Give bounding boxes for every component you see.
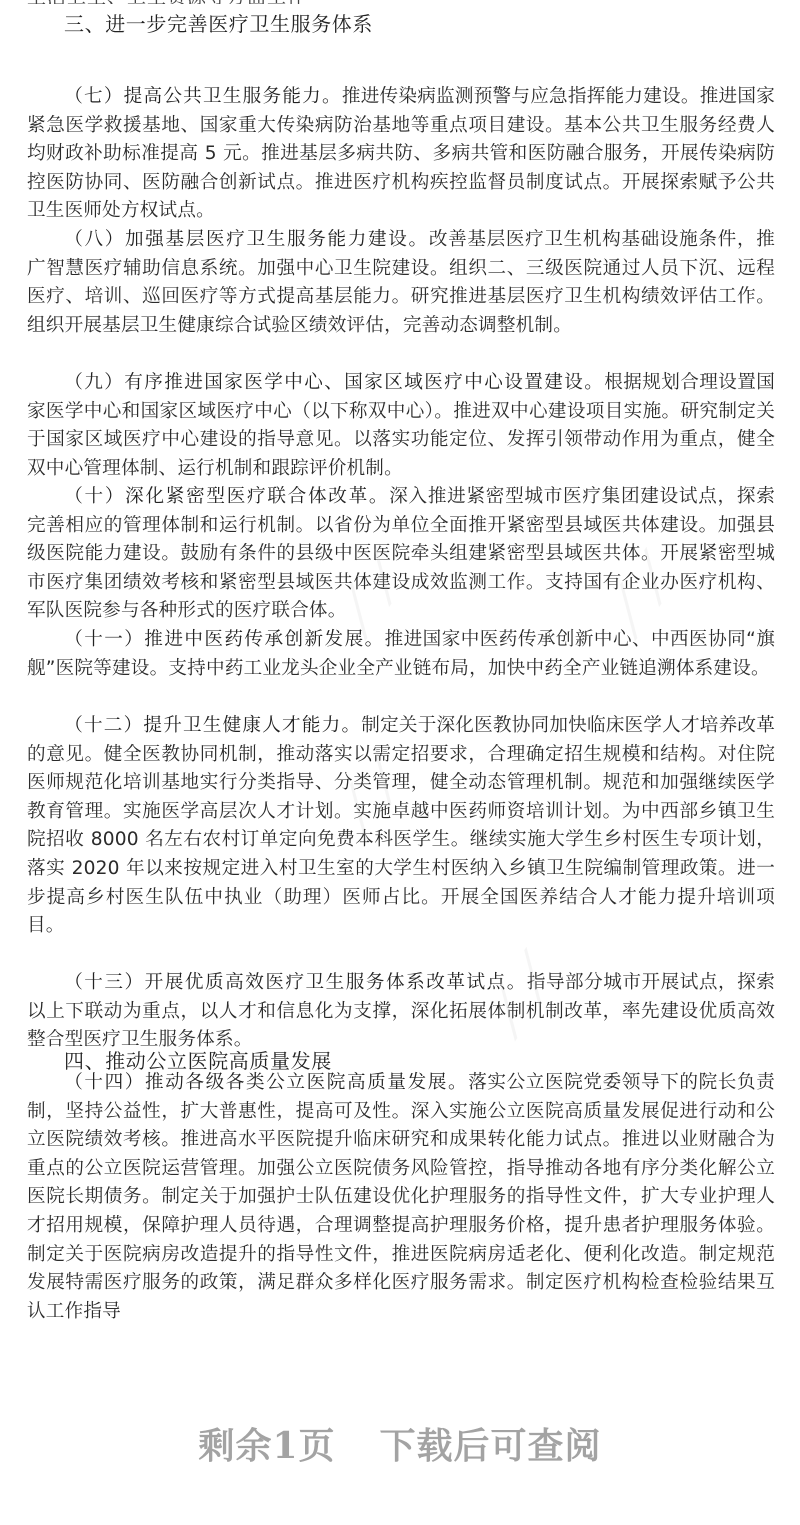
- paragraph-lead: （十三）开展优质高效医疗卫生服务体系改革试点。: [64, 972, 527, 993]
- paragraph-12: （十二）提升卫生健康人才能力。制定关于深化医教协同加快临床医学人才培养改革的意见…: [27, 712, 775, 941]
- paragraph-lead: （九）有序推进国家医学中心、国家区域医疗中心设置建设。: [64, 372, 604, 393]
- paragraph-lead: （十二）提升卫生健康人才能力。: [64, 715, 361, 736]
- paragraph-8: （八）加强基层医疗卫生服务能力建设。改善基层医疗卫生机构基础设施条件，推广智慧医…: [27, 226, 775, 340]
- truncated-previous-line: 生活卫生、卫生资源等方面工作: [27, 0, 547, 4]
- paragraph-body: 制定关于深化医教协同加快临床医学人才培养改革的意见。健全医教协同机制，推动落实以…: [27, 715, 775, 936]
- paragraph-9: （九）有序推进国家医学中心、国家区域医疗中心设置建设。根据规划合理设置国家医学中…: [27, 369, 775, 483]
- download-hint-label: 下载后可查阅: [380, 1425, 602, 1467]
- paragraph-lead: （八）加强基层医疗卫生服务能力建设。: [64, 229, 429, 250]
- remaining-pages-banner[interactable]: 剩余1页下载后可查阅: [0, 1418, 800, 1469]
- paragraph-10: （十）深化紧密型医疗联合体改革。深入推进紧密型城市医疗集团建设试点，探索完善相应…: [27, 483, 775, 626]
- paragraph-lead: （七）提高公共卫生服务能力。: [64, 86, 342, 107]
- paragraph-14: （十四）推动各级各类公立医院高质量发展。落实公立医院党委领导下的院长负责制，坚持…: [27, 1069, 775, 1326]
- paragraph-lead: （十四）推动各级各类公立医院高质量发展。: [64, 1072, 468, 1093]
- paragraph-lead: （十一）推进中医药传承创新发展。: [64, 629, 384, 650]
- paragraph-7: （七）提高公共卫生服务能力。推进传染病监测预警与应急指挥能力建设。推进国家紧急医…: [27, 83, 775, 226]
- paragraph-lead: （十）深化紧密型医疗联合体改革。: [64, 486, 389, 507]
- document-page: 生活卫生、卫生资源等方面工作 三、进一步完善医疗卫生服务体系 （七）提高公共卫生…: [0, 0, 800, 1525]
- remaining-pages-label: 剩余1页: [198, 1425, 335, 1467]
- paragraph-body: 落实公立医院党委领导下的院长负责制，坚持公益性，扩大普惠性，提高可及性。深入实施…: [27, 1072, 775, 1322]
- paragraph-13: （十三）开展优质高效医疗卫生服务体系改革试点。指导部分城市开展试点，探索以上下联…: [27, 969, 775, 1055]
- paragraph-11: （十一）推进中医药传承创新发展。推进国家中医药传承创新中心、中西医协同“旗舰”医…: [27, 626, 775, 683]
- section-heading-3: 三、进一步完善医疗卫生服务体系: [64, 8, 373, 37]
